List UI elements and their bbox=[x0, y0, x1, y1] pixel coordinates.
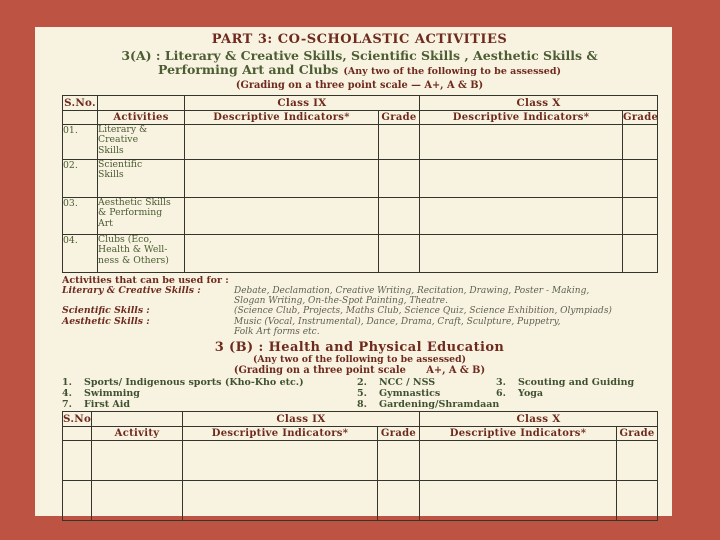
table-a-col-class-x: Class X bbox=[420, 96, 658, 111]
table-a-row-4: 04. Clubs (Eco, Health & Well- ness & Ot… bbox=[63, 235, 658, 273]
option-label: First Aid bbox=[84, 400, 130, 410]
option-number: 7. bbox=[62, 400, 84, 410]
usage-note-item: Aesthetic Skills : Music (Vocal, Instrum… bbox=[62, 317, 657, 337]
table-a-col-grade-x: Grade bbox=[623, 111, 658, 125]
activity-line: Art bbox=[98, 219, 184, 229]
usage-note-text: Music (Vocal, Instrumental), Dance, Dram… bbox=[234, 317, 657, 337]
option-label: Sports/ Indigenous sports (Kho-Kho etc.) bbox=[84, 378, 304, 388]
activity-entry-cell bbox=[92, 481, 183, 521]
option-number bbox=[496, 400, 518, 410]
grade-ix-entry-cell bbox=[379, 235, 420, 273]
option-label: Gymnastics bbox=[379, 389, 440, 399]
grade-ix-entry-cell bbox=[378, 441, 420, 481]
option-item: 1. Sports/ Indigenous sports (Kho-Kho et… bbox=[62, 378, 357, 388]
usage-note-line: Music (Vocal, Instrumental), Dance, Dram… bbox=[234, 317, 657, 327]
grade-ix-entry-cell bbox=[379, 125, 420, 160]
option-number: 6. bbox=[496, 389, 518, 399]
desc-x-entry-cell bbox=[420, 481, 617, 521]
table-b-col-class-x: Class X bbox=[420, 412, 658, 427]
desc-ix-entry-cell bbox=[185, 198, 379, 235]
option-label: Scouting and Guiding bbox=[518, 378, 634, 388]
section-a-assess-note: (Any two of the following to be assessed… bbox=[343, 66, 561, 77]
table-b-col-grade-x: Grade bbox=[617, 427, 658, 441]
options-row: 7. First Aid 8. Gardening/Shramdaan bbox=[62, 400, 657, 410]
sno-entry-cell bbox=[63, 481, 92, 521]
page-content: PART 3: CO-SCHOLASTIC ACTIVITIES 3(A) : … bbox=[62, 27, 657, 521]
usage-note-label: Literary & Creative Skills : bbox=[62, 286, 234, 306]
section-b-heading: 3 (B) : Health and Physical Education bbox=[62, 341, 657, 355]
desc-ix-entry-cell bbox=[185, 160, 379, 198]
option-item bbox=[496, 400, 657, 410]
options-row: 4. Swimming 5. Gymnastics 6. Yoga bbox=[62, 389, 657, 399]
option-number: 5. bbox=[357, 389, 379, 399]
usage-note-line: Debate, Declamation, Creative Writing, R… bbox=[234, 286, 657, 296]
row-sno: 02. bbox=[63, 160, 98, 198]
section-b-options: 1. Sports/ Indigenous sports (Kho-Kho et… bbox=[62, 378, 657, 410]
activity-line: Skills bbox=[98, 170, 184, 180]
section-a-heading: 3(A) : Literary & Creative Skills, Scien… bbox=[62, 49, 657, 78]
table-b-col-class-ix: Class IX bbox=[183, 412, 420, 427]
option-label: Yoga bbox=[518, 389, 543, 399]
usage-note-text: (Science Club, Projects, Maths Club, Sci… bbox=[234, 306, 657, 316]
section-a-heading-line2: Performing Art and Clubs bbox=[158, 62, 338, 77]
section-b-grading-note: (Grading on a three point scale A+, A & … bbox=[62, 365, 657, 376]
option-item: 5. Gymnastics bbox=[357, 389, 496, 399]
table-a-row-3: 03. Aesthetic Skills & Performing Art bbox=[63, 198, 658, 235]
table-a-col-activities: Activities bbox=[98, 111, 185, 125]
option-number: 3. bbox=[496, 378, 518, 388]
option-number: 1. bbox=[62, 378, 84, 388]
grade-x-entry-cell bbox=[617, 481, 658, 521]
section-a-grading-note: (Grading on a three point scale — A+, A … bbox=[62, 80, 657, 91]
option-item: 4. Swimming bbox=[62, 389, 357, 399]
option-label: Swimming bbox=[84, 389, 140, 399]
table-b-sno-spacer bbox=[63, 427, 92, 441]
table-a-col-class-ix: Class IX bbox=[185, 96, 420, 111]
desc-ix-entry-cell bbox=[185, 235, 379, 273]
table-a-header-row-1: S.No. Class IX Class X bbox=[63, 96, 658, 111]
desc-x-entry-cell bbox=[420, 160, 623, 198]
row-sno: 04. bbox=[63, 235, 98, 273]
usage-note-text: Debate, Declamation, Creative Writing, R… bbox=[234, 286, 657, 306]
table-b-col-desc-x: Descriptive Indicators* bbox=[420, 427, 617, 441]
option-item: 3. Scouting and Guiding bbox=[496, 378, 657, 388]
row-sno: 01. bbox=[63, 125, 98, 160]
grade-x-entry-cell bbox=[623, 160, 658, 198]
usage-note-line: Folk Art forms etc. bbox=[234, 327, 657, 337]
usage-note-item: Scientific Skills : (Science Club, Proje… bbox=[62, 306, 657, 316]
table-b-row-2 bbox=[63, 481, 658, 521]
grade-ix-entry-cell bbox=[378, 481, 420, 521]
usage-note-line: (Science Club, Projects, Maths Club, Sci… bbox=[234, 306, 657, 316]
table-b-health-physical: S.No. Class IX Class X Activity Descript… bbox=[62, 411, 658, 521]
table-a-row-2: 02. Scientific Skills bbox=[63, 160, 658, 198]
activity-entry-cell bbox=[92, 441, 183, 481]
table-b-col-desc-ix: Descriptive Indicators* bbox=[183, 427, 378, 441]
table-a-col-grade-ix: Grade bbox=[379, 111, 420, 125]
table-b-col-grade-ix: Grade bbox=[378, 427, 420, 441]
grade-x-entry-cell bbox=[623, 198, 658, 235]
option-item: 7. First Aid bbox=[62, 400, 357, 410]
option-item: 2. NCC / NSS bbox=[357, 378, 496, 388]
table-b-header-row-1: S.No. Class IX Class X bbox=[63, 412, 658, 427]
activity-line: Skills bbox=[98, 146, 184, 156]
usage-note-line: Slogan Writing, On-the-Spot Painting, Th… bbox=[234, 296, 657, 306]
desc-x-entry-cell bbox=[420, 198, 623, 235]
row-activity-label: Literary & Creative Skills bbox=[98, 125, 185, 160]
document-page: PART 3: CO-SCHOLASTIC ACTIVITIES 3(A) : … bbox=[35, 27, 672, 516]
desc-x-entry-cell bbox=[420, 441, 617, 481]
option-label: NCC / NSS bbox=[379, 378, 435, 388]
option-item: 8. Gardening/Shramdaan bbox=[357, 400, 496, 410]
option-number: 8. bbox=[357, 400, 379, 410]
desc-x-entry-cell bbox=[420, 235, 623, 273]
grade-x-entry-cell bbox=[617, 441, 658, 481]
table-b-header-row-2: Activity Descriptive Indicators* Grade D… bbox=[63, 427, 658, 441]
table-a-col-desc-ix: Descriptive Indicators* bbox=[185, 111, 379, 125]
table-b-col-activity: Activity bbox=[92, 427, 183, 441]
row-activity-label: Clubs (Eco, Health & Well- ness & Others… bbox=[98, 235, 185, 273]
table-a-coscholastic: S.No. Class IX Class X Activities Descri… bbox=[62, 95, 658, 273]
section-b-assess-note: (Any two of the following to be assessed… bbox=[62, 355, 657, 365]
option-number: 4. bbox=[62, 389, 84, 399]
table-a-row-1: 01. Literary & Creative Skills bbox=[63, 125, 658, 160]
table-b-row-1 bbox=[63, 441, 658, 481]
usage-note-item: Literary & Creative Skills : Debate, Dec… bbox=[62, 286, 657, 306]
options-row: 1. Sports/ Indigenous sports (Kho-Kho et… bbox=[62, 378, 657, 388]
option-number: 2. bbox=[357, 378, 379, 388]
table-b-col-sno: S.No. bbox=[63, 412, 92, 427]
usage-note-block: Activities that can be used for : Litera… bbox=[62, 276, 657, 337]
page-title: PART 3: CO-SCHOLASTIC ACTIVITIES bbox=[62, 32, 657, 47]
table-a-header-row-2: Activities Descriptive Indicators* Grade… bbox=[63, 111, 658, 125]
desc-ix-entry-cell bbox=[185, 125, 379, 160]
grade-ix-entry-cell bbox=[379, 160, 420, 198]
desc-ix-entry-cell bbox=[183, 481, 378, 521]
activity-line: ness & Others) bbox=[98, 256, 184, 266]
table-a-col-desc-x: Descriptive Indicators* bbox=[420, 111, 623, 125]
row-activity-label: Aesthetic Skills & Performing Art bbox=[98, 198, 185, 235]
table-a-sno-spacer bbox=[63, 111, 98, 125]
grade-x-entry-cell bbox=[623, 235, 658, 273]
usage-note-label: Aesthetic Skills : bbox=[62, 317, 234, 337]
grade-ix-entry-cell bbox=[379, 198, 420, 235]
table-a-col-sno: S.No. bbox=[63, 96, 98, 111]
table-b-header-spacer bbox=[92, 412, 183, 427]
row-sno: 03. bbox=[63, 198, 98, 235]
desc-ix-entry-cell bbox=[183, 441, 378, 481]
option-item: 6. Yoga bbox=[496, 389, 657, 399]
table-a-header-spacer bbox=[98, 96, 185, 111]
row-activity-label: Scientific Skills bbox=[98, 160, 185, 198]
desc-x-entry-cell bbox=[420, 125, 623, 160]
grade-x-entry-cell bbox=[623, 125, 658, 160]
option-label: Gardening/Shramdaan bbox=[379, 400, 499, 410]
sno-entry-cell bbox=[63, 441, 92, 481]
